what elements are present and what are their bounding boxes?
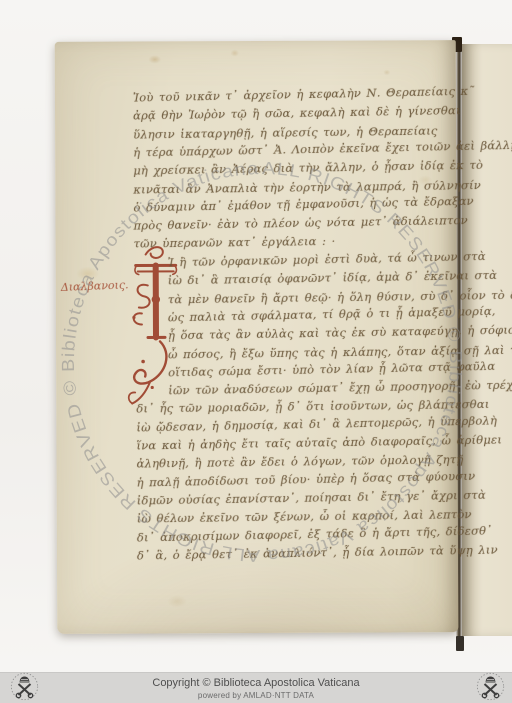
marginal-note: Διαλβανοις.	[61, 278, 129, 294]
viewer-stage: Διαλβανοις.	[0, 0, 512, 703]
copyright-text: Copyright © Biblioteca Apostolica Vatica…	[0, 677, 512, 689]
photo-background: Διαλβανοις.	[0, 0, 512, 672]
binding-mark-bottom	[456, 636, 464, 651]
manuscript-page: Διαλβανοις.	[55, 40, 459, 634]
footer-bar: Copyright © Biblioteca Apostolica Vatica…	[0, 672, 512, 703]
powered-by-text: powered by AMLAD·NTT DATA	[0, 691, 512, 700]
vatican-emblem-right-icon	[475, 671, 506, 702]
vatican-emblem-left-icon	[9, 671, 40, 702]
